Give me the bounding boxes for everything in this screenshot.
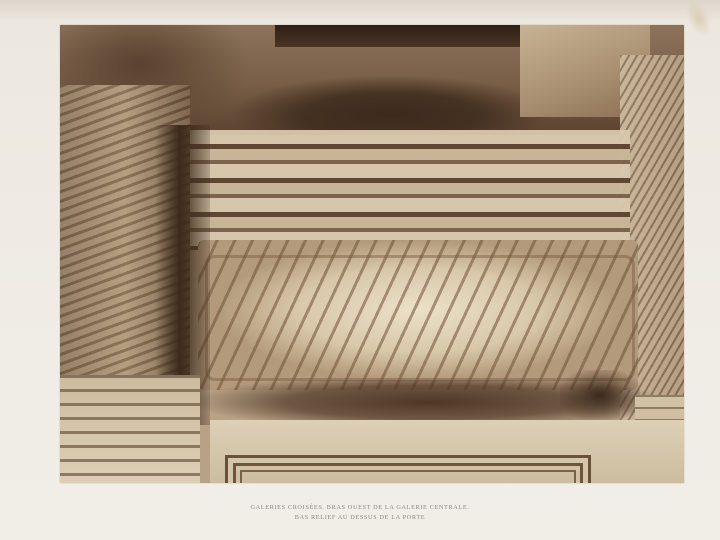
- right-dark-recess: [560, 370, 640, 420]
- cornice-moldings: [190, 130, 630, 250]
- plate-caption: GALERIES CROISÉES. BRAS OUEST DE LA GALE…: [180, 503, 540, 523]
- caption-line-1: GALERIES CROISÉES. BRAS OUEST DE LA GALE…: [180, 503, 540, 513]
- caption-line-2: BAS RELIEF AU DESSUS DE LA PORTE: [180, 513, 540, 523]
- page-top-shadow: [0, 0, 720, 22]
- bas-relief-frame: [205, 255, 635, 381]
- top-dark-block: [275, 25, 525, 47]
- book-page: GALERIES CROISÉES. BRAS OUEST DE LA GALE…: [0, 0, 720, 540]
- photo-plate: [60, 25, 684, 483]
- left-lower-moldings: [60, 375, 200, 483]
- door-frame: [225, 455, 591, 483]
